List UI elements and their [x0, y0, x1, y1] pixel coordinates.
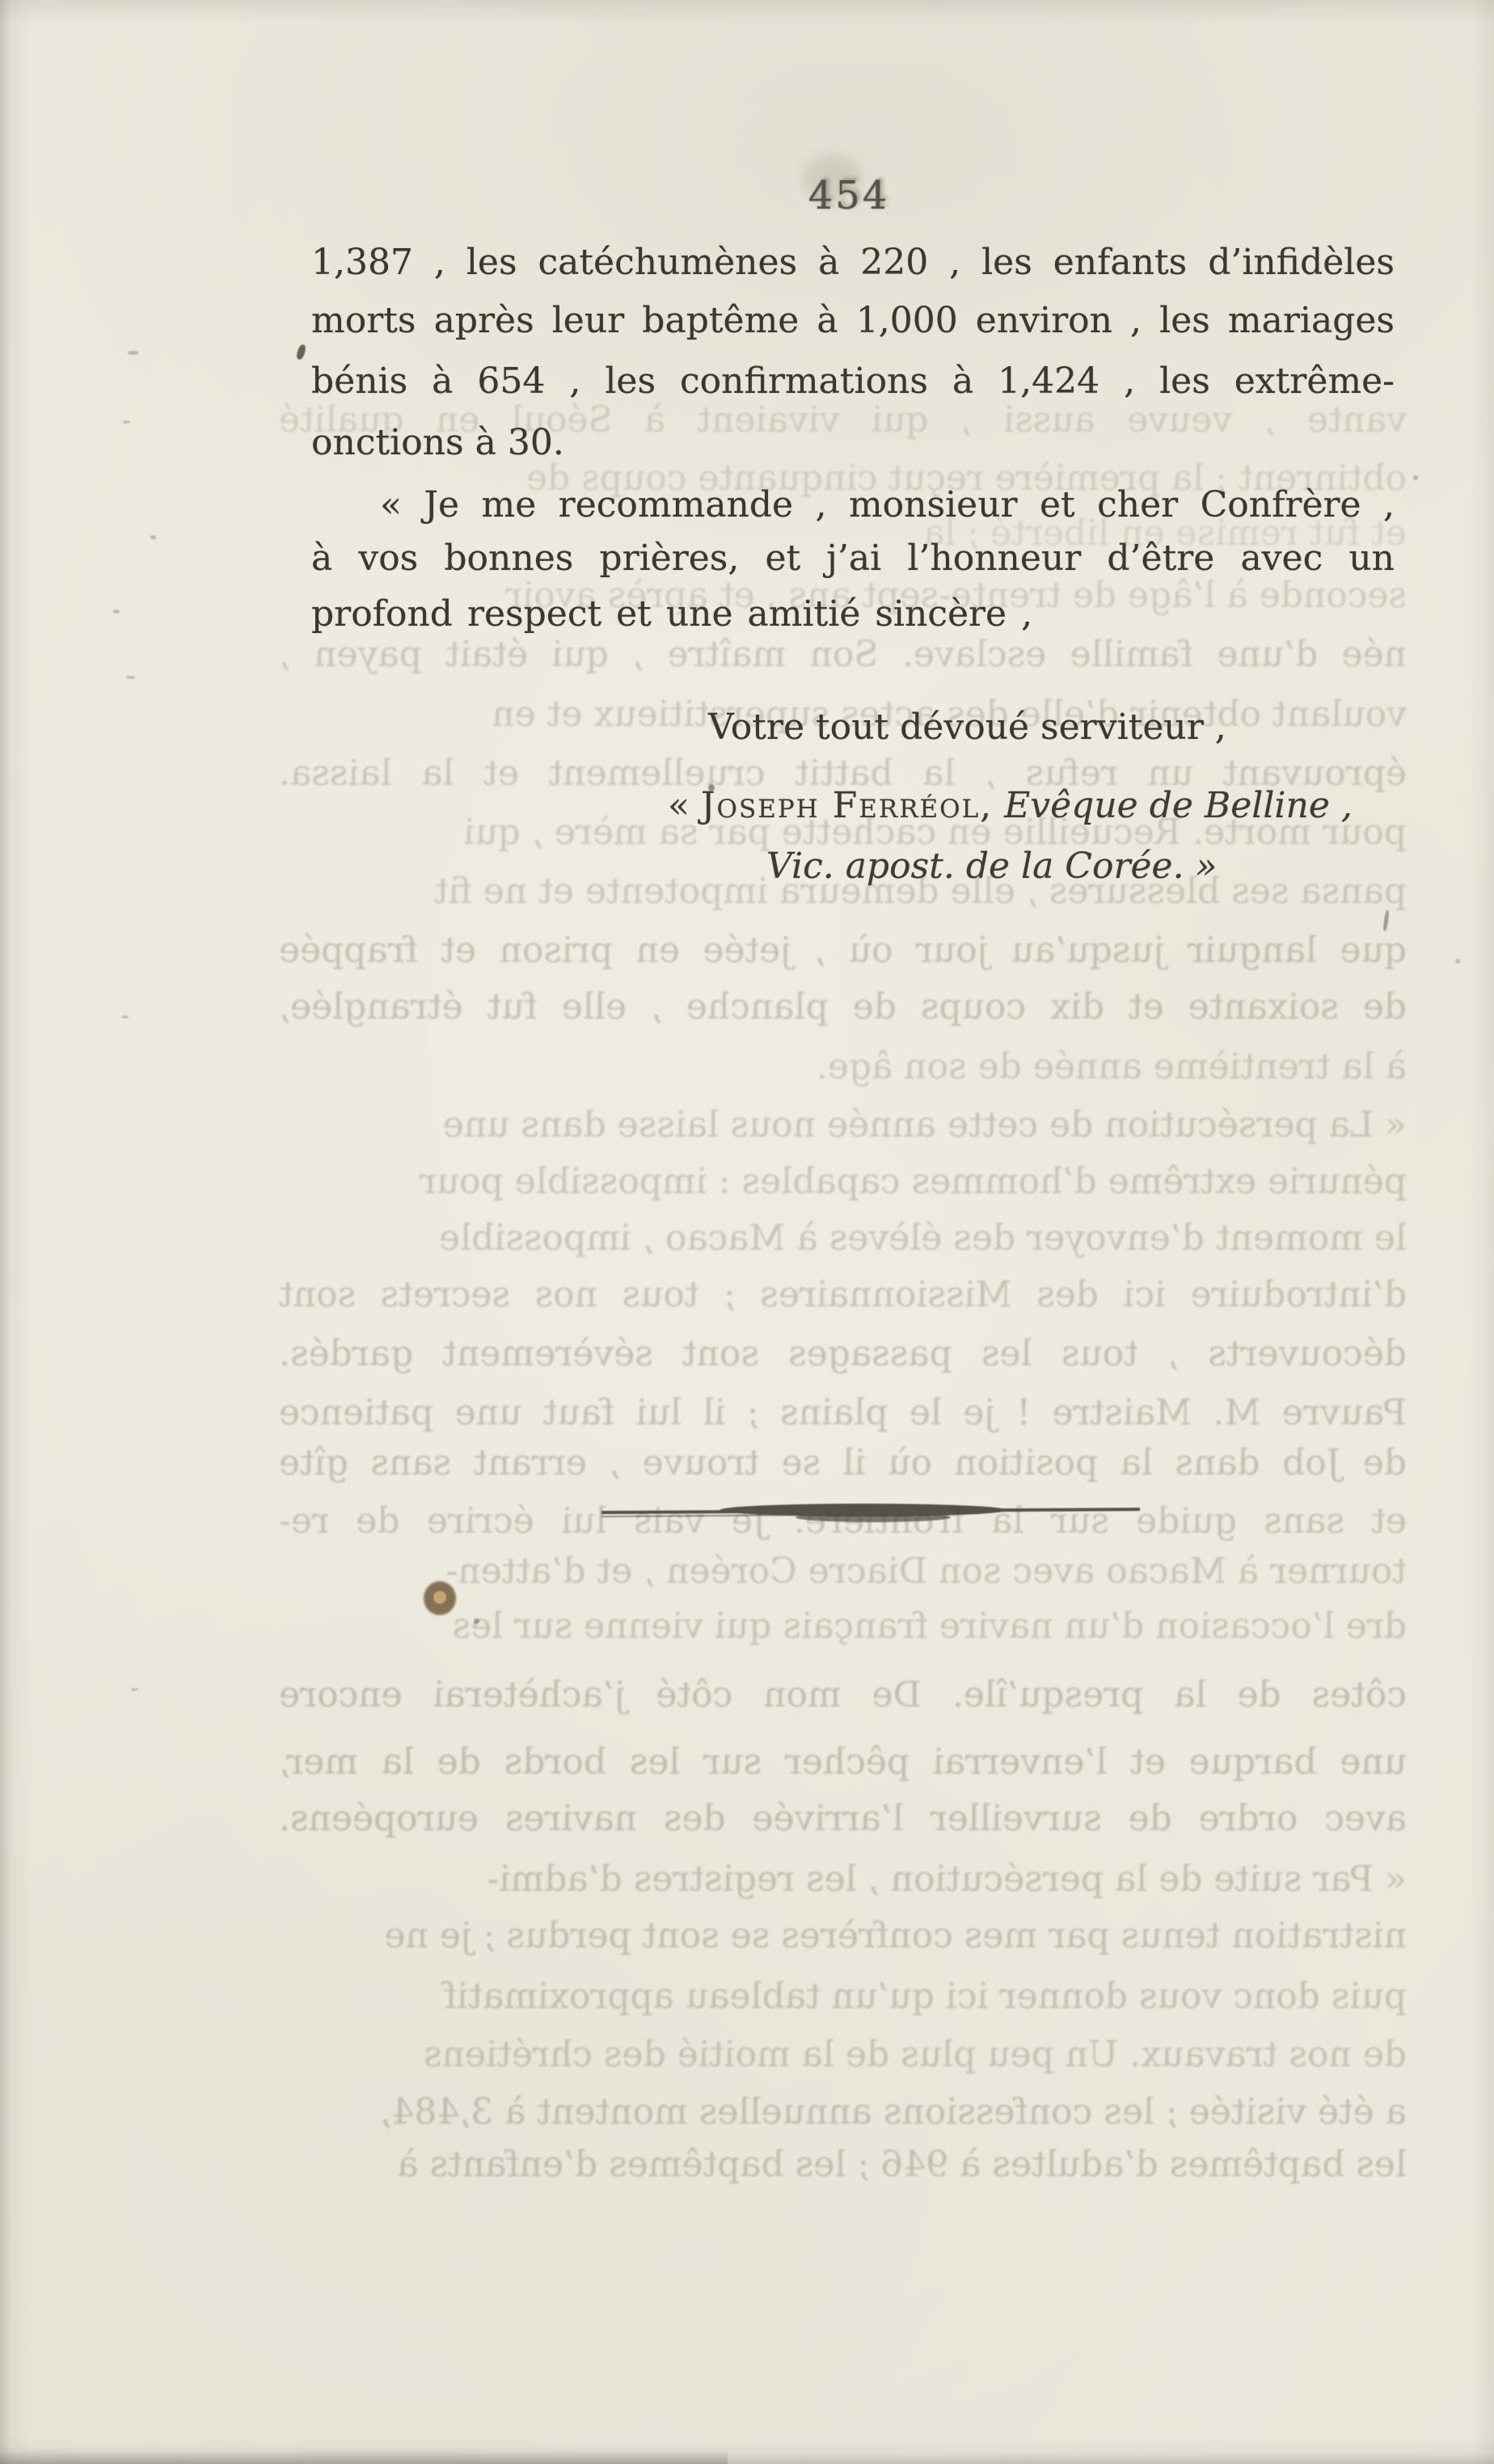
ink-speck [295, 344, 306, 361]
book-page-scan: vante , veuve aussi , qui vivaient à Séo… [0, 0, 1494, 2464]
printed-text-line: profond respect et une amitié sincère , [311, 589, 1395, 640]
margin-speck [1455, 959, 1460, 964]
signature-line2: Vic. apost. de la Corée. » [766, 846, 1217, 887]
margin-speck [113, 610, 120, 614]
printed-text-line: onctions à 30. [311, 417, 1395, 469]
margin-speck [126, 676, 135, 679]
signature-title: Evêque de Belline , [993, 785, 1353, 826]
margin-speck [123, 420, 130, 424]
printed-text-line: « Je me recommande , monsieur et cher Co… [311, 479, 1395, 531]
signature-line: « Joseph Ferréol, Evêque de Belline , [668, 785, 1353, 826]
wormhole-stain-inner [433, 1591, 446, 1604]
page-number: 454 [784, 173, 914, 218]
margin-speck [128, 351, 138, 355]
printed-text-line: morts après leur baptême à 1,000 environ… [311, 295, 1395, 347]
paper-speck [1413, 475, 1418, 480]
signature-name: Joseph Ferréol, [701, 785, 993, 826]
margin-speck [131, 1688, 138, 1691]
margin-speck [150, 535, 156, 539]
closing-line: Votre tout dévoué serviteur , [708, 707, 1226, 748]
section-divider-rule [597, 1496, 1145, 1531]
signature-open-quote: « [668, 785, 701, 826]
printed-text-line: 1,387 , les catéchumènes à 220 , les enf… [311, 237, 1395, 289]
printed-text-line: bénis à 654 , les confirmations à 1,424 … [311, 356, 1395, 407]
margin-speck [121, 1015, 129, 1019]
printed-text-line: à vos bonnes prières, et j’ai l’honneur … [311, 533, 1395, 584]
paper-speck [474, 1618, 479, 1624]
margin-tick [1382, 910, 1390, 931]
